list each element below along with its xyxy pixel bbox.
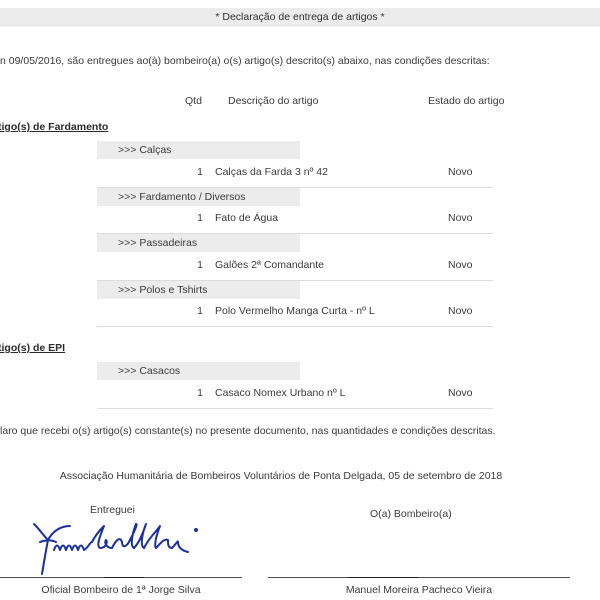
signer-name-right: Manuel Moreira Pacheco Vieira bbox=[268, 584, 570, 596]
item-status: Novo bbox=[448, 166, 473, 178]
declaration-text: laro que recebi o(s) artigo(s) constante… bbox=[0, 425, 496, 437]
category-label: >>> Calças bbox=[118, 141, 171, 159]
item-status: Novo bbox=[448, 212, 473, 224]
signature-line-left bbox=[0, 577, 242, 578]
column-header-description: Descrição do artigo bbox=[228, 95, 318, 107]
item-description: Calças da Farda 3 nº 42 bbox=[215, 166, 328, 178]
category-label: >>> Casacos bbox=[118, 362, 180, 380]
item-description: Casaco Nomex Urbano nº L bbox=[215, 387, 345, 399]
place-date: Associação Humanitária de Bombeiros Volu… bbox=[0, 470, 562, 482]
item-qty: 1 bbox=[173, 305, 203, 317]
category-label: >>> Passadeiras bbox=[118, 234, 197, 252]
signature-label-left: Entreguei bbox=[90, 504, 135, 516]
item-qty: 1 bbox=[173, 259, 203, 271]
intro-text: n 09/05/2016, são entregues ao(à) bombei… bbox=[0, 55, 490, 67]
signer-name-left: Oficial Bombeiro de 1ª Jorge Silva bbox=[0, 584, 242, 596]
item-status: Novo bbox=[448, 387, 473, 399]
item-qty: 1 bbox=[173, 166, 203, 178]
column-header-status: Estado do artigo bbox=[428, 95, 504, 107]
item-status: Novo bbox=[448, 259, 473, 271]
category-label: >>> Fardamento / Diversos bbox=[118, 188, 246, 206]
row-divider bbox=[97, 326, 493, 327]
item-qty: 1 bbox=[173, 387, 203, 399]
signature-label-right: O(a) Bombeiro(a) bbox=[370, 508, 452, 520]
item-description: Polo Vermelho Manga Curta - nº L bbox=[215, 305, 375, 317]
category-label: >>> Polos e Tshirts bbox=[118, 281, 207, 299]
section-title-epi: tigo(s) de EPI bbox=[0, 342, 65, 354]
section-title-fardamento: tigo(s) de Fardamento bbox=[0, 121, 108, 133]
item-qty: 1 bbox=[173, 212, 203, 224]
signature-line-right bbox=[268, 577, 570, 578]
handwritten-signature bbox=[30, 520, 205, 580]
column-header-qty: Qtd bbox=[185, 95, 202, 107]
document-title: * Declaração de entrega de artigos * bbox=[0, 8, 600, 27]
item-status: Novo bbox=[448, 305, 473, 317]
row-divider bbox=[97, 408, 493, 409]
item-description: Galões 2ª Comandante bbox=[215, 259, 324, 271]
item-description: Fato de Água bbox=[215, 212, 278, 224]
